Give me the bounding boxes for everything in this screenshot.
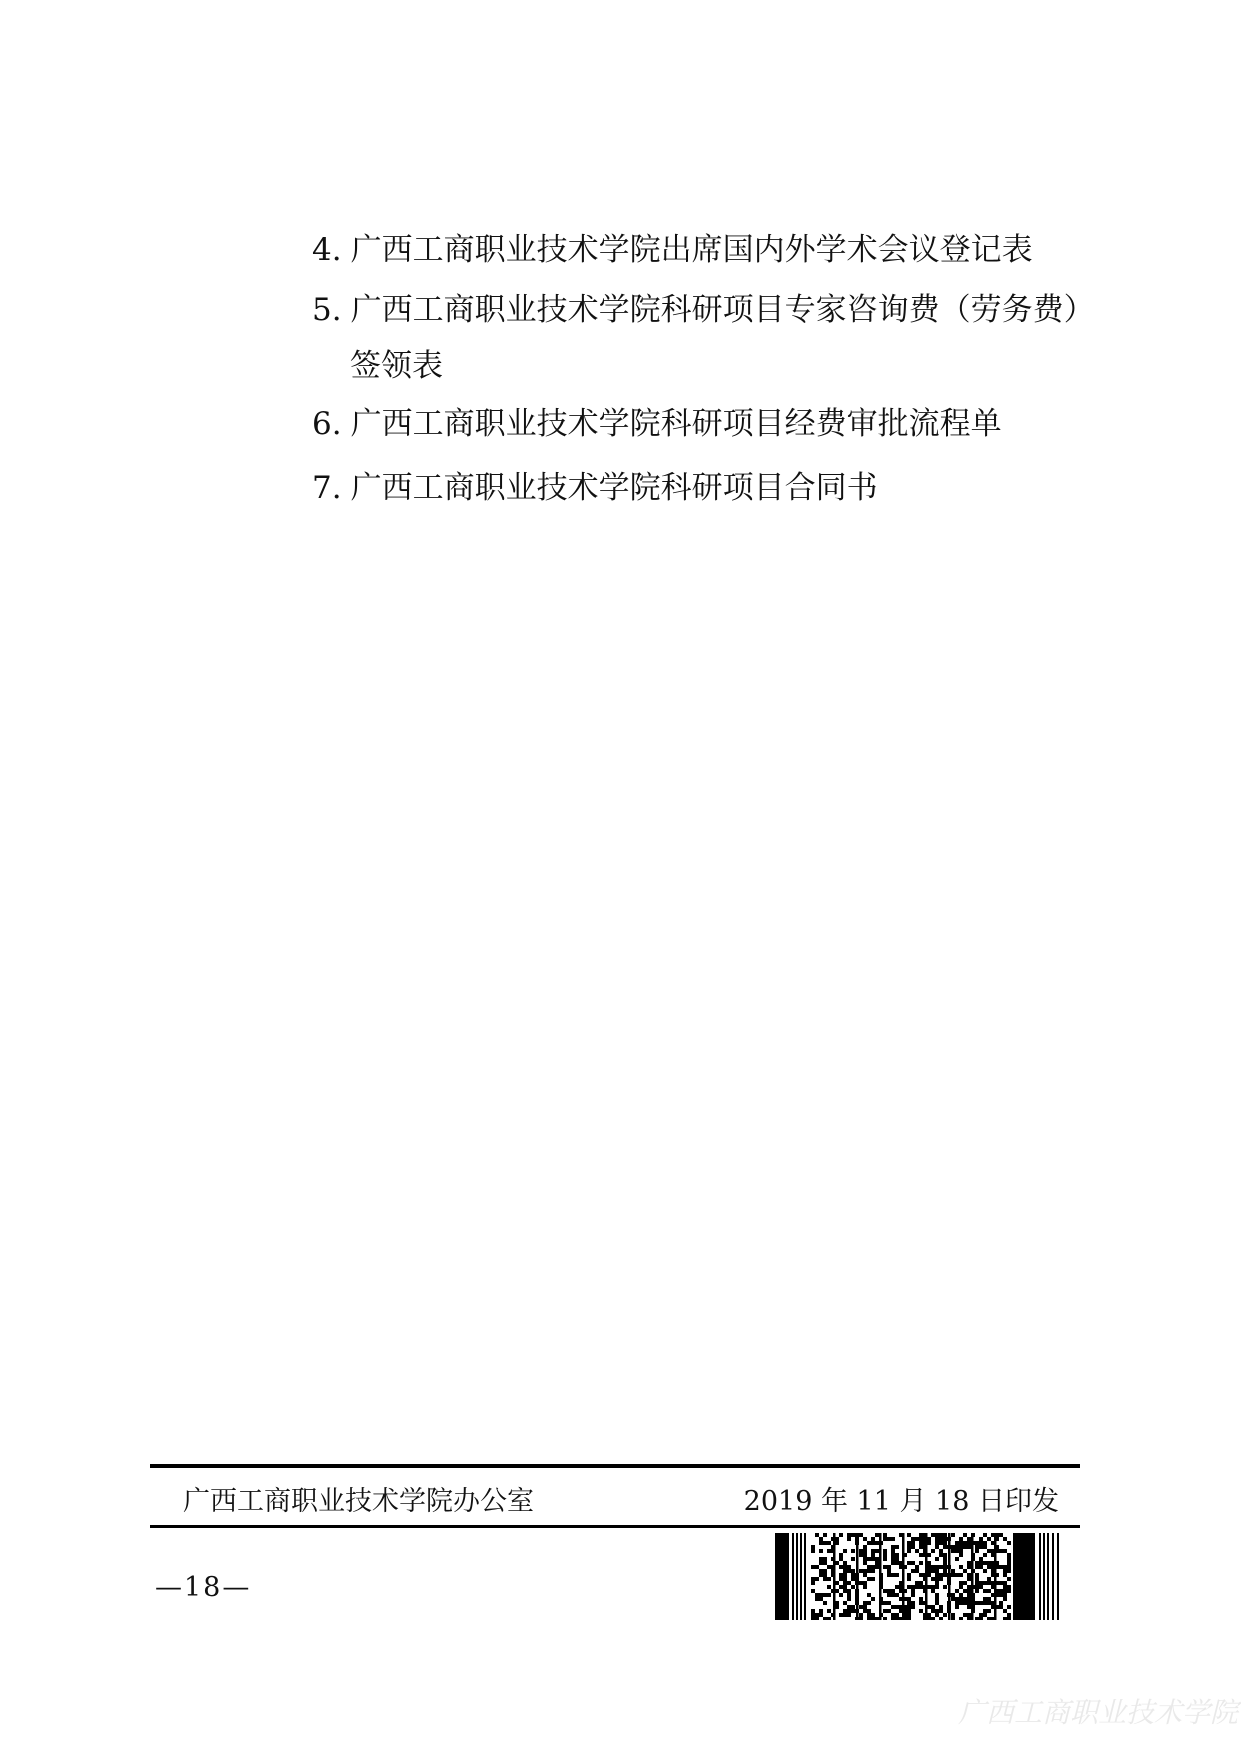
document-page: 4.广西工商职业技术学院出席国内外学术会议登记表 5.广西工商职业技术学院科研项… xyxy=(0,0,1241,1754)
print-barcode xyxy=(775,1533,1070,1620)
barcode-image xyxy=(775,1533,1070,1620)
list-item: 7.广西工商职业技术学院科研项目合同书 xyxy=(312,470,878,507)
list-item: 6.广西工商职业技术学院科研项目经费审批流程单 xyxy=(312,406,1002,443)
list-item-continuation: 签领表 xyxy=(350,348,443,385)
page-number: —18— xyxy=(155,1572,251,1604)
list-item-number: 5. xyxy=(312,292,342,329)
list-item: 4.广西工商职业技术学院出席国内外学术会议登记表 xyxy=(312,232,1033,269)
list-item-text: 广西工商职业技术学院出席国内外学术会议登记表 xyxy=(351,232,1033,268)
footer-issuer: 广西工商职业技术学院办公室 xyxy=(183,1486,534,1518)
list-item-number: 7. xyxy=(312,470,342,507)
scan-watermark: 广西工商职业技术学院 xyxy=(958,1696,1238,1730)
list-item-text: 广西工商职业技术学院科研项目专家咨询费（劳务费） xyxy=(351,292,1095,328)
list-item: 5.广西工商职业技术学院科研项目专家咨询费（劳务费） xyxy=(312,292,1095,329)
footer-rule-bottom xyxy=(150,1525,1080,1528)
list-item-text: 广西工商职业技术学院科研项目经费审批流程单 xyxy=(351,406,1002,442)
footer-rule-top xyxy=(150,1464,1080,1468)
list-item-number: 6. xyxy=(312,406,342,443)
list-item-text: 广西工商职业技术学院科研项目合同书 xyxy=(351,470,878,506)
list-item-number: 4. xyxy=(312,232,342,269)
footer-print-date: 2019 年 11 月 18 日印发 xyxy=(744,1486,1059,1518)
list-item-text: 签领表 xyxy=(350,348,443,384)
